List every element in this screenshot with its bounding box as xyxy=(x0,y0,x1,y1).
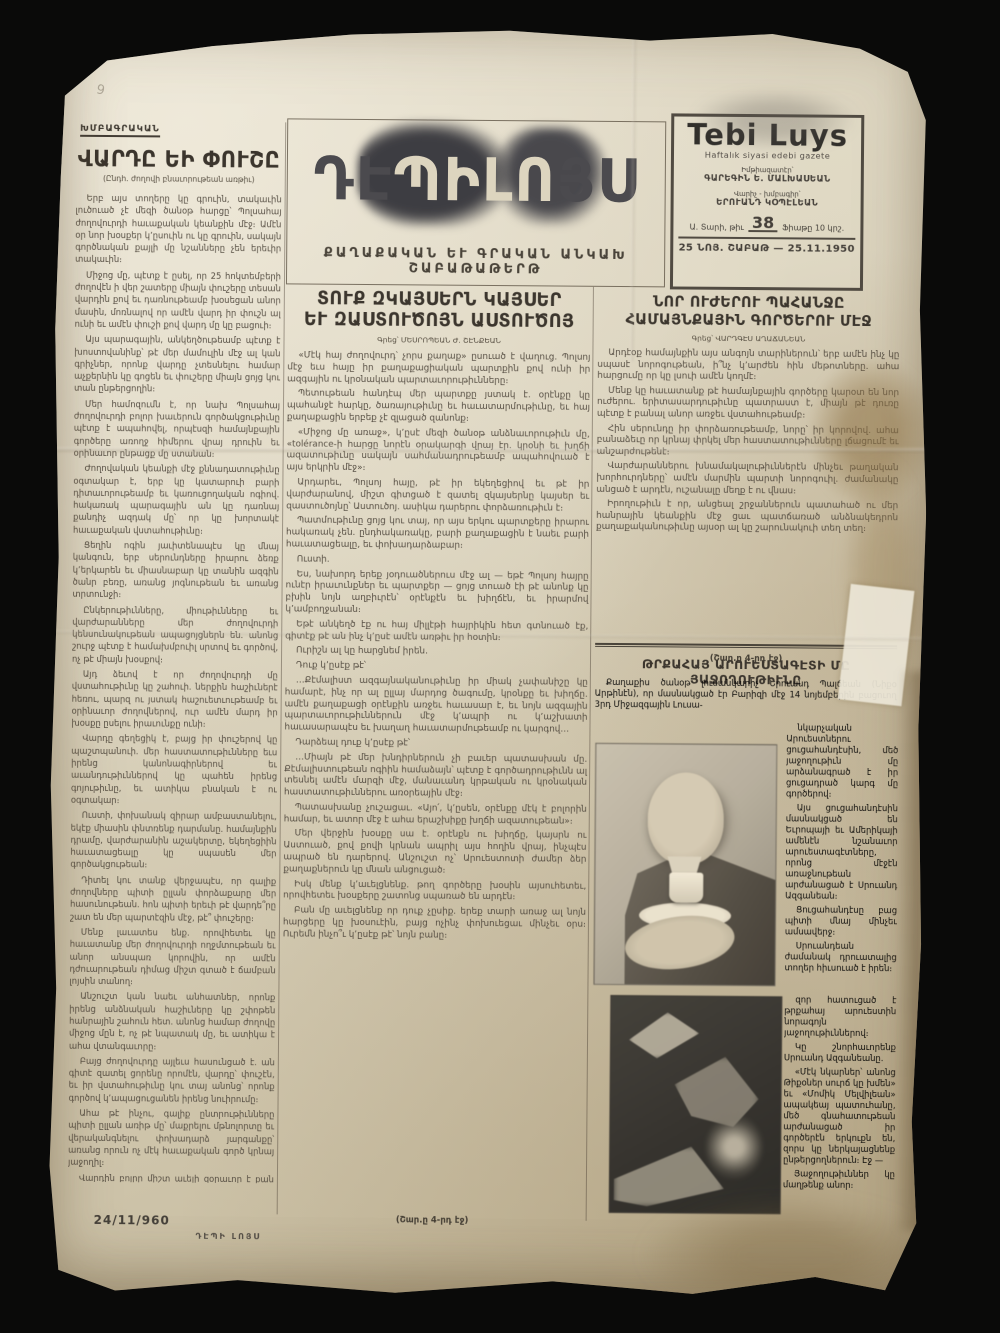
paragraph: զոր հատուցած է թրքահայ արուեստին նորագոյ… xyxy=(784,994,896,1039)
photo-cup xyxy=(669,872,703,902)
paragraph: Անշուշտ կան նաեւ անհատներ, որոնք իրենց ա… xyxy=(69,990,275,1053)
center-body: «Մէկ հայ ժողովուրդ՝ չորս քաղաք» ըսուած է… xyxy=(281,350,591,1190)
left-column: ՎԱՐԴԸ ԵԻ ՓՈՒՇԸ (Ընդհ. ժողովի բնաւորութեա… xyxy=(68,147,282,1219)
right-article: ՆՈՐ ՈՒԺԵՐՈՒ ՊԱՀԱՆՋԸ ՀԱՄԱՅՆՔԱՅԻՆ ԳՈՐԾԵՐՈՒ… xyxy=(595,293,900,651)
paragraph: Այս ցուցահանդէսին մասնակցած են Եւրոպայի … xyxy=(785,802,898,902)
date-stamp: 24/11/960 xyxy=(94,1213,170,1228)
paragraph: Պետութեան հանդէպ մեր պարտքը յստակ է. օրէ… xyxy=(287,389,590,427)
left-subtitle: (Ընդհ. ժողովի բնաւորութեան առթիւ) xyxy=(76,174,282,185)
right-byline: Գրեց՝ ՎԱՐԴԳԷՍ ԱՂԱՃԱՆԵԱՆ xyxy=(598,333,900,344)
pencil-mark: 9 xyxy=(95,82,106,98)
paragraph: …Միայն թէ մեր խնդիրներուն չի բաւեր պատաս… xyxy=(284,752,587,802)
paragraph: Ընկերութիւնները, միութիւնները եւ վարժարա… xyxy=(72,603,278,666)
editor-name: ԵՐՈՒԱՆԴ ԿՕՊԷԼԵԱՆ xyxy=(679,197,856,208)
paragraph: «Մէկ նկարներ՝ անոնց Թիքօներ սուրճ կը խմե… xyxy=(783,1066,896,1166)
masthead-seg: ԴԷ xyxy=(313,144,394,214)
paragraph: Իսկ մենք կ՚աւելցնենք. թող գործերը խօսին … xyxy=(283,879,586,905)
paragraph: Վարժարաններու խնամակալութիւններէն մինչեւ… xyxy=(596,461,898,498)
artwork-shape xyxy=(629,1012,699,1059)
paragraph: Դարձեալ դուք կ՚ըսէք թէ՝ xyxy=(284,737,587,751)
paragraph: Ահա թէ ինչու, գալիք ընտրութիւնները պիտի … xyxy=(68,1107,274,1170)
owner-name: ԳԱՐԵԳԻՆ Ե. ՄԱԼԽԱՍԵԱՆ xyxy=(679,173,856,184)
paragraph: Արդէօք համայնքին այս անգոյն տարիներուն՝ … xyxy=(597,348,899,385)
paragraph: «Միջոց մը առաջ», կ՚ըսէ մեզի ծանօթ անձնաւ… xyxy=(286,427,589,477)
paragraph: Պատմութիւնը ցոյց կու տայ, որ այս երկու պ… xyxy=(286,516,589,554)
masthead-seg: ԼՈ xyxy=(482,145,557,215)
paragraph: Ուստի. xyxy=(286,554,589,568)
paragraph: Բան մը աւելցնենք որ դուք չըսիք. երեք տար… xyxy=(283,906,586,944)
paragraph: Մենք լաւատես ենք. որովհետեւ կը հաւատանք … xyxy=(69,926,275,989)
footer-imprint: ԴԷՊԻ ԼՈՅՍ xyxy=(195,1232,261,1242)
paragraph: Եթէ անկեղծ էք ու հայ միլլէթի հայրիկին հե… xyxy=(285,619,588,645)
paragraph: Ցուցահանդէսը բաց պիտի մնայ մինչեւ ամսավե… xyxy=(785,904,897,938)
paragraph: Միջոց մը, պէտք է ըսել, որ 25 հոկտեմբերի … xyxy=(75,269,281,332)
left-headline: ՎԱՐԴԸ ԵԻ ՓՈՒՇԸ xyxy=(76,147,282,173)
left-body: Երբ այս տողերը կը գրուին, տակաւին լուծու… xyxy=(68,192,282,1184)
paragraph: Բայց ժողովուրդը այլեւս հասունցած է. ան գ… xyxy=(69,1055,275,1106)
newspaper-page: 9 ԽՄԲԱԳՐԱԿԱՆ ՎԱՐԴԸ ԵԻ ՓՈՒՇԸ (Ընդհ. ժողով… xyxy=(45,25,930,1300)
feature-intro: Քաղաքիս ծանօթ լուսանկարիչ Երուանդ Պալճեա… xyxy=(595,677,897,715)
paragraph: Մեր վերջին խօսքը սա է. օրէնքն ու խիղճը, … xyxy=(283,829,586,879)
masthead-seg: ՊԻ xyxy=(393,145,482,215)
paragraph: Իրողութիւն է որ, անցեալ շրջաններուն պատա… xyxy=(596,499,898,536)
issue-line: Ա. Տարի, թիւ 38 Ֆիաթը 10 կրշ. xyxy=(678,214,855,232)
latin-subtitle: Haftalık siyasi edebi gazete xyxy=(679,149,856,160)
paragraph: Պատասխանը չուշացաւ. «Այո՛, կ՚ըսեն, օրէնք… xyxy=(284,802,587,828)
feature-col-1: նկարչական Արուեստներու ցուցահանդէսին, մե… xyxy=(784,722,898,995)
paragraph: Քաղաքիս ծանօթ լուսանկարիչ Երուանդ Պալճեա… xyxy=(595,677,897,712)
paragraph: Կը շնորհաւորենք Սրուանդ Ազգանեանը. xyxy=(784,1041,896,1064)
paragraph: Հին սերունդը իր փորձառութեամբ, նորը՝ իր … xyxy=(597,423,899,460)
editorial-kicker: ԽՄԲԱԳՐԱԿԱՆ xyxy=(80,124,160,138)
paragraph: Մեր համոզումն է, որ նախ Պոլսահայ ժողովու… xyxy=(74,397,280,460)
paragraph: Երբ այս տողերը կը գրուին, տակաւին լուծու… xyxy=(75,192,282,267)
paragraph: Ուստի, փոխանակ զիրար ամբաստանելու, եկէք … xyxy=(70,809,276,872)
issue-number: 38 xyxy=(749,215,777,232)
paragraph: Ժողովական կեանքի մէջ քննադատութիւնը օգտա… xyxy=(73,462,280,537)
paragraph: «Մէկ հայ ժողովուրդ՝ չորս քաղաք» ըսուած է… xyxy=(287,350,590,388)
masthead-tagline: ՔԱՂԱՔԱԿԱՆ ԵՒ ԳՐԱԿԱՆ ԱՆԿԱԽ ՇԱԲԱԹԱԹԵՐԹ xyxy=(287,245,664,278)
paragraph: Վարդը գեղեցիկ է, բայց իր փուշերով կը պաշ… xyxy=(71,732,278,807)
center-continuation: (Շար.ը 4-րդ էջ) xyxy=(281,1214,584,1226)
center-article: ՏՈՒՔ ԶԿԱՅՍԵՐՆ ԿԱՅՍԵՐ ԵՒ ԶԱՍՏՈՒԾՈՅՆ ԱՍՏՈՒ… xyxy=(281,288,591,1226)
paragraph: Ես, նախորդ երեք յօդուածներուս մէջ ալ — ե… xyxy=(285,569,588,619)
photo-artwork xyxy=(609,995,783,1214)
right-headline-line2: ՀԱՄԱՅՆՔԱՅԻՆ ԳՈՐԾԵՐՈՒ ՄԷՋ xyxy=(598,310,900,331)
artwork-shape xyxy=(674,1056,759,1127)
artwork-shape xyxy=(706,1115,763,1179)
paragraph: Արդարեւ, Պոլսոյ հայը, թէ իր եկեղեցիով եւ… xyxy=(286,477,589,515)
paragraph: նկարչական Արուեստներու ցուցահանդէսին, մե… xyxy=(786,722,899,800)
paragraph: Վարդին բոյրը միշտ աւելի զօրաւոր է քան փո… xyxy=(68,1171,274,1183)
paragraph: Այս պարագային, անկեղծութեամբ պէտք է խոստ… xyxy=(74,333,280,396)
photo-man-drinking-coffee xyxy=(593,743,777,986)
feature-section: ԹՐՔԱՀԱՅ ԱՐՈՒԵՍՏԱԳԷՏԻ ՄԸ ՅԱՋՈՂՈՒԹԻՒՆԸ Քաղ… xyxy=(590,643,897,1297)
paragraph: Մենք կը հաւատանք թէ համայնքային գործերը … xyxy=(597,386,899,423)
paragraph: Յաջողութիւններ կը մաղթենք անոր։ xyxy=(783,1168,895,1191)
photo-background: 9 ԽՄԲԱԳՐԱԿԱՆ ՎԱՐԴԸ ԵԻ ՓՈՒՇԸ (Ընդհ. ժողով… xyxy=(0,0,1000,1333)
paragraph: Ուրիշն ալ կը հարցնեմ իրեն․ xyxy=(285,646,588,660)
date-line: 25 ՆՈՅ. ՇԱԲԱԹ — 25.11.1950 xyxy=(678,236,855,254)
latin-title: Tebi Luys xyxy=(679,119,856,150)
masthead-seg: ՅՍ xyxy=(557,146,640,216)
paragraph: Դուք կ՚ըսէք թէ՝ xyxy=(285,661,588,675)
paragraph: Սրուանդեան ժամանակ դրուատալից տողեր հիւս… xyxy=(785,940,897,974)
right-body: Արդէօք համայնքին այս անգոյն տարիներուն՝ … xyxy=(595,348,899,618)
masthead-box: ԴԷՊԻԼՈՅՍ ՔԱՂԱՔԱԿԱՆ ԵՒ ԳՐԱԿԱՆ ԱՆԿԱԽ ՇԱԲԱԹ… xyxy=(286,118,666,287)
issue-price: Ֆիաթը 10 կրշ. xyxy=(782,223,844,232)
issue-year: Ա. Տարի, թիւ xyxy=(690,223,744,232)
feature-col-2: զոր հատուցած է թրքահայ արուեստին նորագոյ… xyxy=(782,994,896,1257)
masthead-title: ԴԷՊԻԼՈՅՍ xyxy=(287,115,665,245)
paragraph: Ցեղին ոգին յաւիտենապէս կը մնայ կանգուն, … xyxy=(72,539,278,602)
center-byline: Գրեց՝ ՄԵՍՐՈՊԵԱՆ Ժ. ՇԷՆՔԵԱՆ xyxy=(287,334,590,345)
page-curl-shadow xyxy=(895,671,925,1231)
paragraph: Դիտել կու տանք վերջապէս, որ գալիք ժողովն… xyxy=(70,873,276,924)
center-headline-line2: ԵՒ ԶԱՍՏՈՒԾՈՅՆ ԱՍՏՈՒԾՈՅ xyxy=(288,309,591,333)
paragraph: …Քէմալիստ ազգայնականութիւնը իր միակ չափա… xyxy=(284,675,587,736)
info-box: Tebi Luys Haftalık siyasi edebi gazete Ի… xyxy=(670,113,864,291)
photo-head xyxy=(647,772,724,865)
paragraph: Այդ ձեւով է որ ժողովուրդի մը վստահութիւն… xyxy=(71,668,277,731)
